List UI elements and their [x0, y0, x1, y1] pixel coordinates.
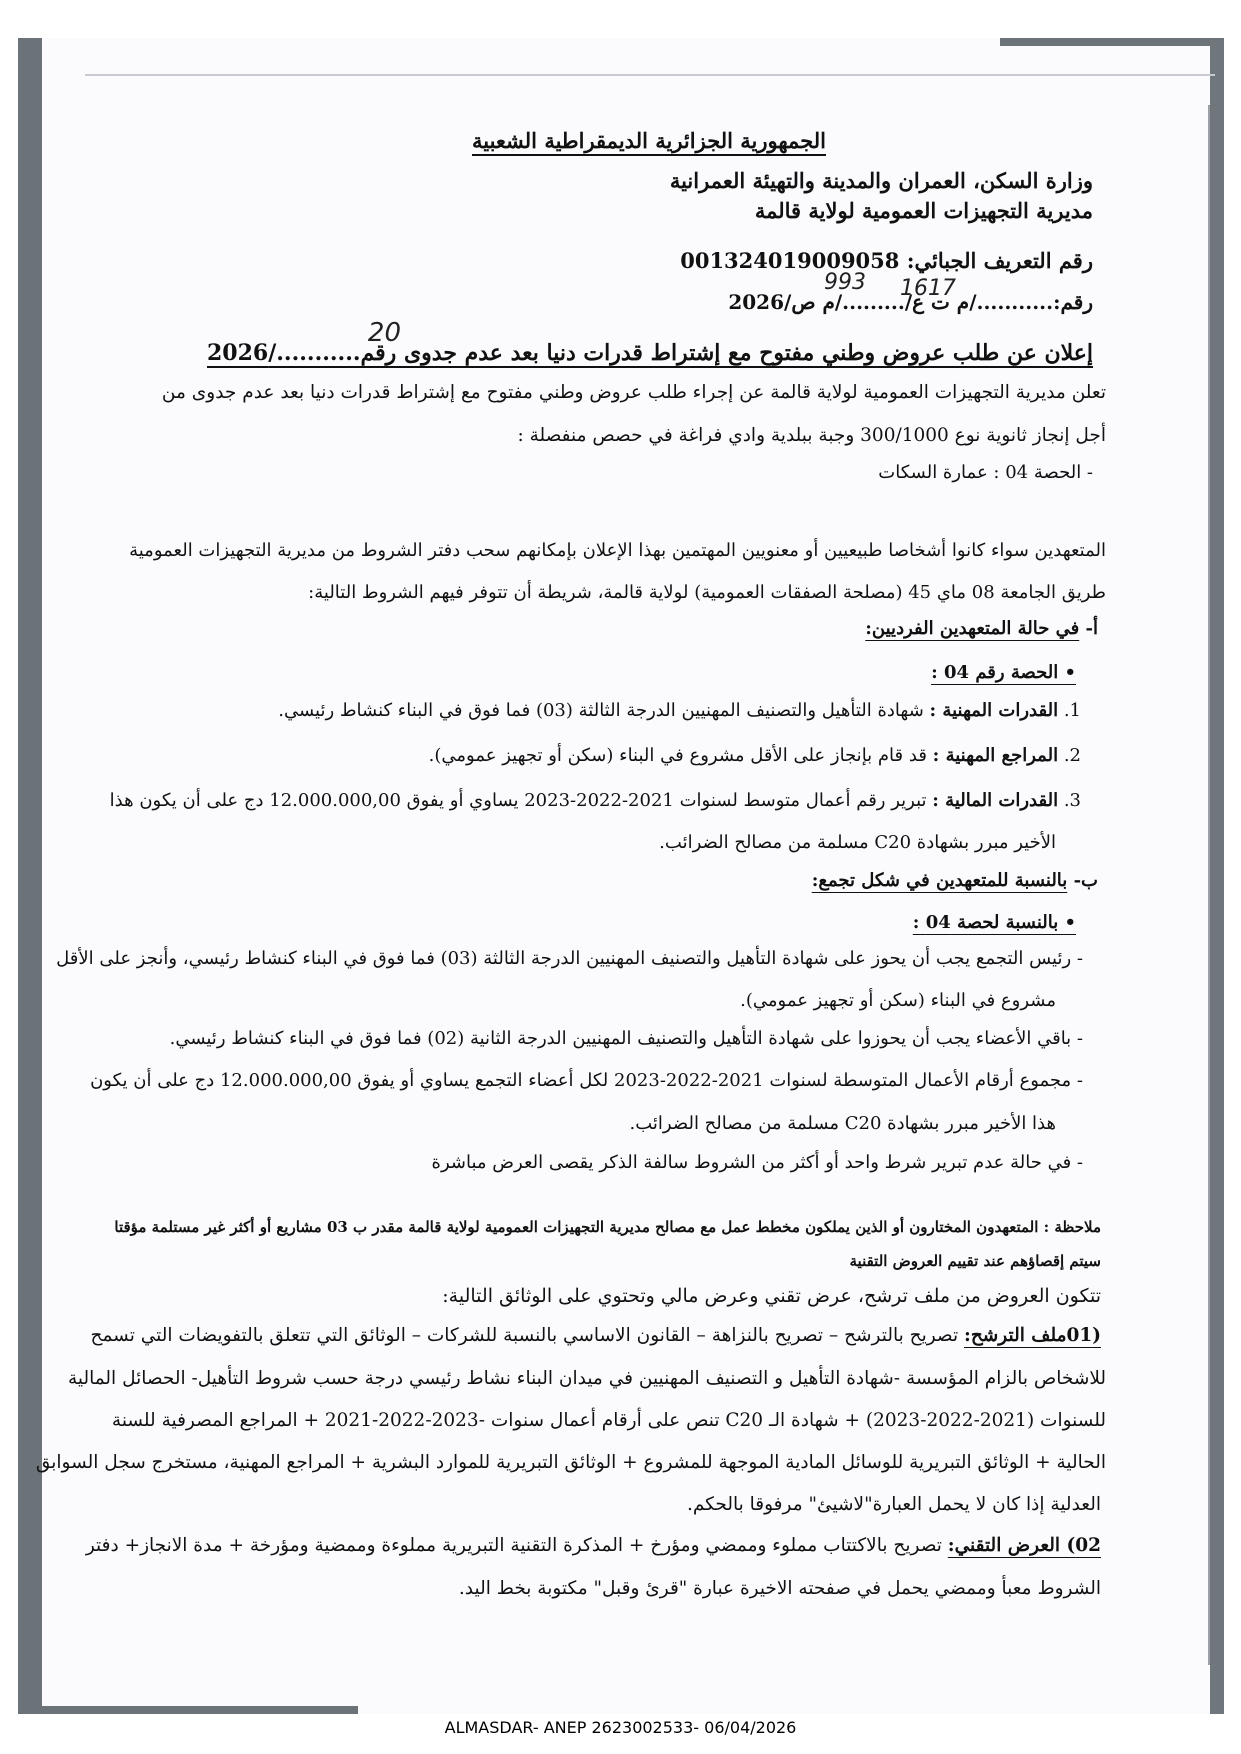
item-number: 3. — [1064, 790, 1081, 811]
documents-intro: تتكون العروض من ملف ترشح، عرض تقني وعرض … — [442, 1285, 1101, 1308]
handwritten-ref-1: 1617 — [900, 276, 956, 302]
candidature-line-4: الحالية + الوثائق التبريرية للوسائل الما… — [36, 1452, 1106, 1474]
item-number: 2. — [1064, 745, 1081, 766]
candidature-line-1: (01ملف الترشح: تصريح بالترشح – تصريح بال… — [91, 1325, 1101, 1347]
candidature-text: تصريح بالترشح – تصريح بالنزاهة – القانون… — [91, 1325, 959, 1346]
section-a-item-3: 3. القدرات المالية : تبرير رقم أعمال متو… — [110, 790, 1081, 812]
page-rule-right — [1208, 105, 1210, 1665]
technical-line-1: 02) العرض التقني: تصريح بالاكتتاب مملوء … — [86, 1535, 1101, 1557]
note-line-2: سيتم إقصاؤهم عند تقييم العروض التقنية — [850, 1252, 1102, 1270]
section-b-lot-heading: • بالنسبة لحصة 04 : — [913, 912, 1076, 934]
item-text: تبرير رقم أعمال متوسط لسنوات 2021-2022-2… — [110, 790, 927, 811]
handwritten-ref-2: 993 — [824, 270, 866, 296]
tax-id-value: 001324019009058 — [680, 248, 899, 273]
tax-id-label: رقم التعريف الجبائي: — [907, 248, 1093, 273]
candidature-line-5: العدلية إذا كان لا يحمل العبارة"لاشيئ" م… — [687, 1494, 1101, 1516]
item-label: القدرات المالية : — [932, 790, 1058, 811]
section-b-marker: ب- — [1074, 870, 1098, 891]
section-a-marker: أ- — [1086, 618, 1098, 639]
scan-edge-top — [1000, 38, 1224, 46]
intro-line-2: أجل إنجاز ثانوية نوع 300/1000 وجبة ببلدي… — [517, 425, 1106, 447]
technical-label: 02) العرض التقني: — [948, 1535, 1101, 1556]
scan-edge-bottom — [18, 1706, 358, 1714]
note-line-1: ملاحظة : المتعهدون المختارون أو الذين يم… — [114, 1218, 1101, 1236]
announcement-title: إعلان عن طلب عروض وطني مفتوح مع إشتراط ق… — [207, 340, 1093, 366]
candidature-label: (01ملف الترشح: — [964, 1325, 1101, 1346]
republic-heading: الجمهورية الجزائرية الديمقراطية الشعبية — [472, 128, 826, 153]
section-b-bullet-2: - باقي الأعضاء يجب أن يحوزوا على شهادة ا… — [170, 1028, 1083, 1050]
section-b-bullet-3: - مجموع أرقام الأعمال المتوسطة لسنوات 20… — [90, 1070, 1083, 1092]
technical-text: تصريح بالاكتتاب مملوء وممضي ومؤرخ + المذ… — [86, 1535, 942, 1556]
section-b-heading: بالنسبة للمتعهدين في شكل تجمع: — [812, 870, 1068, 891]
eligibility-line-2: طريق الجامعة 08 ماي 45 (مصلحة الصفقات ال… — [308, 582, 1106, 604]
item-number: 1. — [1064, 700, 1081, 721]
section-a-lot-heading: • الحصة رقم 04 : — [931, 662, 1076, 684]
section-b-bullet-4: - في حالة عدم تبرير شرط واحد أو أكثر من … — [432, 1152, 1083, 1174]
scan-edge-right — [1210, 40, 1224, 1714]
lot-04: - الحصة 04 : عمارة السكات — [878, 462, 1093, 484]
publication-footer: ALMASDAR- ANEP 2623002533- 06/04/2026 — [0, 1718, 1241, 1737]
item-text: قد قام بإنجاز على الأقل مشروع في البناء … — [429, 745, 927, 766]
intro-line-1: تعلن مديرية التجهيزات العمومية لولاية قا… — [162, 382, 1106, 404]
section-a-heading: في حالة المتعهدين الفرديين: — [865, 618, 1079, 639]
section-a-item-2: 2. المراجع المهنية : قد قام بإنجاز على ا… — [429, 745, 1081, 767]
section-b: ب- بالنسبة للمتعهدين في شكل تجمع: — [812, 870, 1098, 892]
section-b-bullet-3-cont: هذا الأخير مبرر بشهادة C20 مسلمة من مصال… — [630, 1113, 1056, 1135]
handwritten-announcement-number: 20 — [368, 318, 401, 349]
directorate-name: مديرية التجهيزات العمومية لولاية قالمة — [755, 198, 1093, 223]
section-a: أ- في حالة المتعهدين الفرديين: — [865, 618, 1098, 640]
page-rule-top — [85, 74, 1215, 76]
section-b-bullet-1-cont: مشروع في البناء (سكن أو تجهيز عمومي). — [740, 990, 1056, 1012]
tax-id: رقم التعريف الجبائي: 001324019009058 — [680, 248, 1093, 273]
eligibility-line-1: المتعهدين سواء كانوا أشخاصا طبيعيين أو م… — [129, 540, 1106, 562]
item-label: القدرات المهنية : — [930, 700, 1059, 721]
item-text: شهادة التأهيل والتصنيف المهنيين الدرجة ا… — [278, 700, 924, 721]
ministry-name: وزارة السكن، العمران والمدينة والتهيئة ا… — [670, 168, 1093, 193]
technical-line-2: الشروط معبأ وممضي يحمل في صفحته الاخيرة … — [459, 1578, 1101, 1600]
section-a-item-1: 1. القدرات المهنية : شهادة التأهيل والتص… — [278, 700, 1081, 722]
item-label: المراجع المهنية : — [933, 745, 1058, 766]
candidature-line-3: للسنوات (2021-2022-2023) + شهادة الـ C20… — [112, 1410, 1106, 1432]
candidature-line-2: للاشخاص بالزام المؤسسة -شهادة التأهيل و … — [68, 1368, 1106, 1390]
section-a-item-3-cont: الأخير مبرر بشهادة C20 مسلمة من مصالح ال… — [659, 832, 1056, 854]
section-b-bullet-1: - رئيس التجمع يجب أن يحوز على شهادة التأ… — [56, 948, 1083, 970]
